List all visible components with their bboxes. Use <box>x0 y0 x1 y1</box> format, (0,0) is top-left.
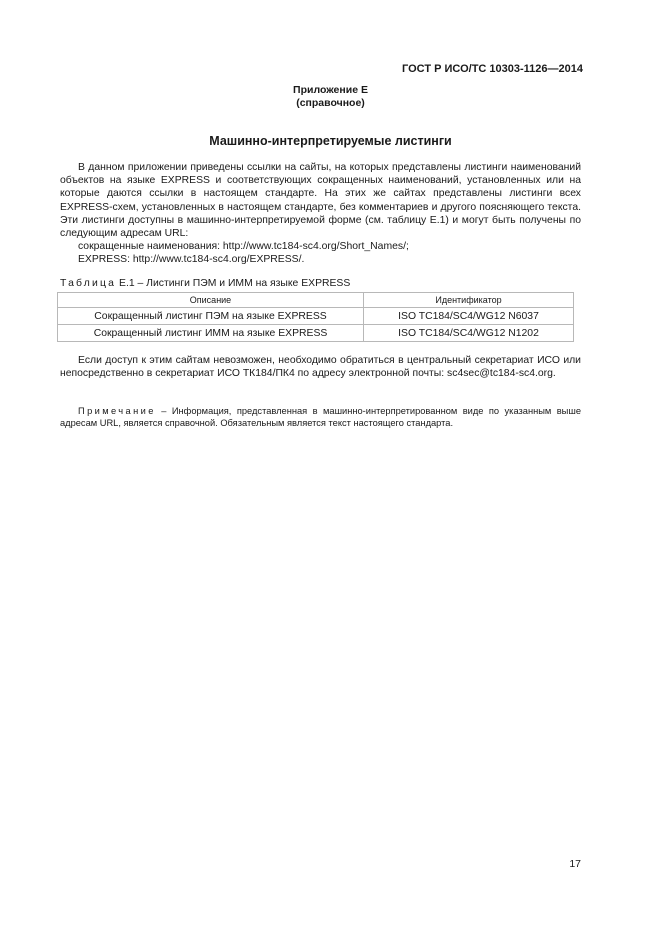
table-caption-word: Таблица <box>60 278 116 289</box>
table-row: Сокращенный листинг ПЭМ на языке EXPRESS… <box>58 308 574 325</box>
intro-section: В данном приложении приведены ссылки на … <box>60 161 581 267</box>
note-paragraph: Примечание – Информация, представленная … <box>60 405 581 429</box>
annex-title: Приложение Е <box>0 84 661 97</box>
contact-paragraph: Если доступ к этим сайтам невозможен, не… <box>60 354 581 380</box>
url-short-names: сокращенные наименования: http://www.tc1… <box>60 240 581 253</box>
cell-identifier: ISO TC184/SC4/WG12 N1202 <box>364 325 574 342</box>
cell-identifier: ISO TC184/SC4/WG12 N6037 <box>364 308 574 325</box>
column-header-description: Описание <box>58 293 364 308</box>
listings-table: Описание Идентификатор Сокращенный листи… <box>57 292 574 342</box>
annex-heading: Приложение Е (справочное) <box>0 84 661 110</box>
contact-section: Если доступ к этим сайтам невозможен, не… <box>60 354 581 380</box>
column-header-identifier: Идентификатор <box>364 293 574 308</box>
note-label: Примечание <box>78 406 156 416</box>
annex-type: (справочное) <box>0 97 661 110</box>
cell-description: Сокращенный листинг ИММ на языке EXPRESS <box>58 325 364 342</box>
page-number: 17 <box>569 858 581 870</box>
intro-paragraph: В данном приложении приведены ссылки на … <box>60 161 581 240</box>
section-title: Машинно-интерпретируемые листинги <box>0 134 661 148</box>
table-header-row: Описание Идентификатор <box>58 293 574 308</box>
note-section: Примечание – Информация, представленная … <box>60 405 581 429</box>
url-express: EXPRESS: http://www.tc184-sc4.org/EXPRES… <box>60 253 581 266</box>
table-row: Сокращенный листинг ИММ на языке EXPRESS… <box>58 325 574 342</box>
standard-code: ГОСТ Р ИСО/ТС 10303-1126—2014 <box>402 63 583 75</box>
table-caption: Таблица Е.1 – Листинги ПЭМ и ИММ на язык… <box>60 278 350 289</box>
cell-description: Сокращенный листинг ПЭМ на языке EXPRESS <box>58 308 364 325</box>
table-caption-text: Е.1 – Листинги ПЭМ и ИММ на языке EXPRES… <box>116 278 350 289</box>
